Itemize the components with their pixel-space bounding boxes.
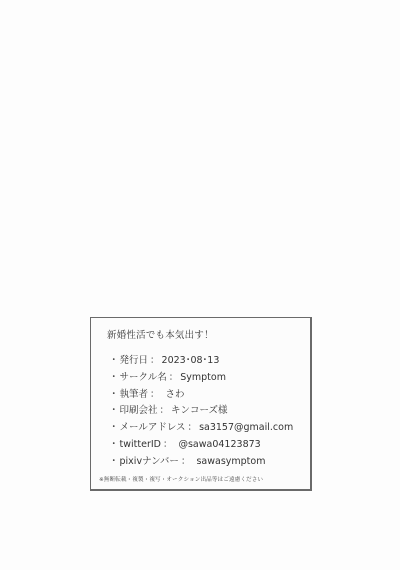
info-publish-date: ・発行日：2023･08･13 xyxy=(109,353,293,370)
info-separator: ： xyxy=(169,372,179,383)
info-label: 執筆者 xyxy=(120,389,149,400)
info-value: キンコーズ様 xyxy=(171,405,227,416)
info-label: pixivナンバー xyxy=(120,456,179,467)
copyright-notice: ※無断転載・複製・複写・オークション出品等はご遠慮ください xyxy=(99,475,263,483)
info-separator: ： xyxy=(188,422,198,433)
bullet: ・ xyxy=(109,454,119,471)
info-twitter-value: @sawa04123873 xyxy=(178,439,260,450)
info-pixiv-value: sawasymptom xyxy=(196,456,265,467)
info-circle-name: ・サークル名：Symptom xyxy=(109,370,293,387)
info-separator: ： xyxy=(181,456,191,467)
bullet: ・ xyxy=(109,437,119,454)
info-separator: ： xyxy=(163,439,173,450)
bullet: ・ xyxy=(109,403,119,420)
info-value: Symptom xyxy=(180,372,226,383)
info-printer: ・印刷会社：キンコーズ様 xyxy=(109,403,293,420)
info-separator: ： xyxy=(150,389,160,400)
info-email-value: sa3157@gmail.com xyxy=(199,422,293,433)
book-title: 新婚性活でも本気出す！ xyxy=(107,327,214,341)
info-pixiv: ・pixivナンバー：sawasymptom xyxy=(109,454,293,471)
colophon-box: 新婚性活でも本気出す！ ・発行日：2023･08･13 ・サークル名：Sympt… xyxy=(90,317,312,491)
info-label: メールアドレス xyxy=(120,422,186,433)
info-email: ・メールアドレス：sa3157@gmail.com xyxy=(109,420,293,437)
info-value: さわ xyxy=(166,389,185,400)
colophon-info-list: ・発行日：2023･08･13 ・サークル名：Symptom ・執筆者：さわ ・… xyxy=(109,353,293,471)
bullet: ・ xyxy=(109,387,119,404)
info-label: twitterID xyxy=(120,439,161,450)
page: 新婚性活でも本気出す！ ・発行日：2023･08･13 ・サークル名：Sympt… xyxy=(0,0,400,570)
bullet: ・ xyxy=(109,370,119,387)
info-label: サークル名 xyxy=(120,372,167,383)
info-separator: ： xyxy=(150,355,160,366)
bullet: ・ xyxy=(109,420,119,437)
bullet: ・ xyxy=(109,353,119,370)
info-twitter: ・twitterID：@sawa04123873 xyxy=(109,437,293,454)
info-value: 2023･08･13 xyxy=(162,355,220,366)
info-label: 発行日 xyxy=(120,355,149,366)
info-author: ・執筆者：さわ xyxy=(109,387,293,404)
info-separator: ： xyxy=(160,405,170,416)
info-label: 印刷会社 xyxy=(120,405,158,416)
